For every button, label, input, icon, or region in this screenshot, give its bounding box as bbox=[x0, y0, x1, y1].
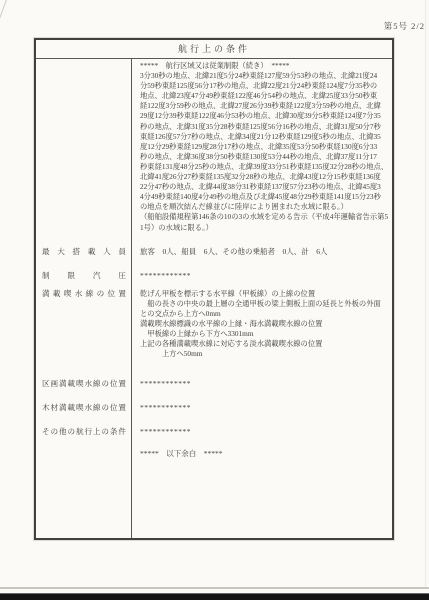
max-persons-label: 最大搭載人員 bbox=[42, 247, 126, 257]
table-row-remainder-blank: ***** 以下余白 ***** bbox=[36, 437, 392, 538]
other-conditions-value: ************ bbox=[132, 413, 392, 437]
table-body: ***** 航行区域又は従業制限（続き） ***** 3分30秒の地点、北緯21… bbox=[36, 59, 392, 538]
remainder-blank-marker: ***** 以下余白 ***** bbox=[132, 437, 392, 538]
table-title: 航行上の条件 bbox=[36, 40, 392, 59]
table-row-subdivision-load-line: 区画満載喫水線の位置 ************ bbox=[36, 359, 392, 389]
table-row-max-persons: 最大搭載人員 旅客 0人、船員 6人、その他の乗船者 0人、計 6人 bbox=[36, 233, 392, 257]
load-line-label: 満載喫水線の位置 bbox=[42, 289, 126, 299]
pressure-label: 制限汽圧 bbox=[42, 271, 126, 281]
table-row-timber-load-line: 木材満載喫水線の位置 ************ bbox=[36, 389, 392, 413]
other-conditions-label: その他の航行上の条件 bbox=[42, 427, 126, 437]
row-label-subdivision-load-line: 区画満載喫水線の位置 bbox=[36, 359, 132, 389]
max-persons-value: 旅客 0人、船員 6人、その他の乗船者 0人、計 6人 bbox=[132, 233, 392, 257]
subdivision-load-line-value: ************ bbox=[132, 359, 392, 389]
row-label-pressure: 制限汽圧 bbox=[36, 257, 132, 281]
scan-bottom-black-band bbox=[0, 593, 429, 600]
timber-load-line-label: 木材満載喫水線の位置 bbox=[42, 403, 126, 413]
row-label-load-line: 満載喫水線の位置 bbox=[36, 281, 132, 360]
row-label-other-conditions: その他の航行上の条件 bbox=[36, 413, 132, 437]
row-label-empty bbox=[36, 437, 132, 538]
row-label-empty bbox=[36, 59, 132, 233]
scan-corner-fold-artifact bbox=[0, 0, 9, 64]
row-label-max-persons: 最大搭載人員 bbox=[36, 233, 132, 257]
load-line-text: 乾げん甲板を標示する水平線（甲板線）の上線の位置 船の長さの中央の最上層の全通甲… bbox=[132, 281, 392, 360]
navigation-conditions-table: 航行上の条件 ***** 航行区域又は従業制限（続き） ***** 3分30秒の… bbox=[34, 38, 394, 540]
scan-page-edge bbox=[425, 0, 426, 588]
page-number: 第5号 2/2 bbox=[384, 20, 425, 32]
table-row-pressure-limit: 制限汽圧 ************ bbox=[36, 257, 392, 281]
table-row-navigation-area-continued: ***** 航行区域又は従業制限（続き） ***** 3分30秒の地点、北緯21… bbox=[36, 59, 392, 233]
timber-load-line-value: ************ bbox=[132, 389, 392, 413]
subdivision-load-line-label: 区画満載喫水線の位置 bbox=[42, 379, 126, 389]
navigation-area-text: ***** 航行区域又は従業制限（続き） ***** 3分30秒の地点、北緯21… bbox=[132, 59, 392, 233]
scan-bottom-gray-line bbox=[0, 587, 429, 589]
table-row-other-conditions: その他の航行上の条件 ************ bbox=[36, 413, 392, 437]
table-row-load-line-position: 満載喫水線の位置 乾げん甲板を標示する水平線（甲板線）の上線の位置 船の長さの中… bbox=[36, 281, 392, 360]
row-label-timber-load-line: 木材満載喫水線の位置 bbox=[36, 389, 132, 413]
pressure-value: ************ bbox=[132, 257, 392, 281]
